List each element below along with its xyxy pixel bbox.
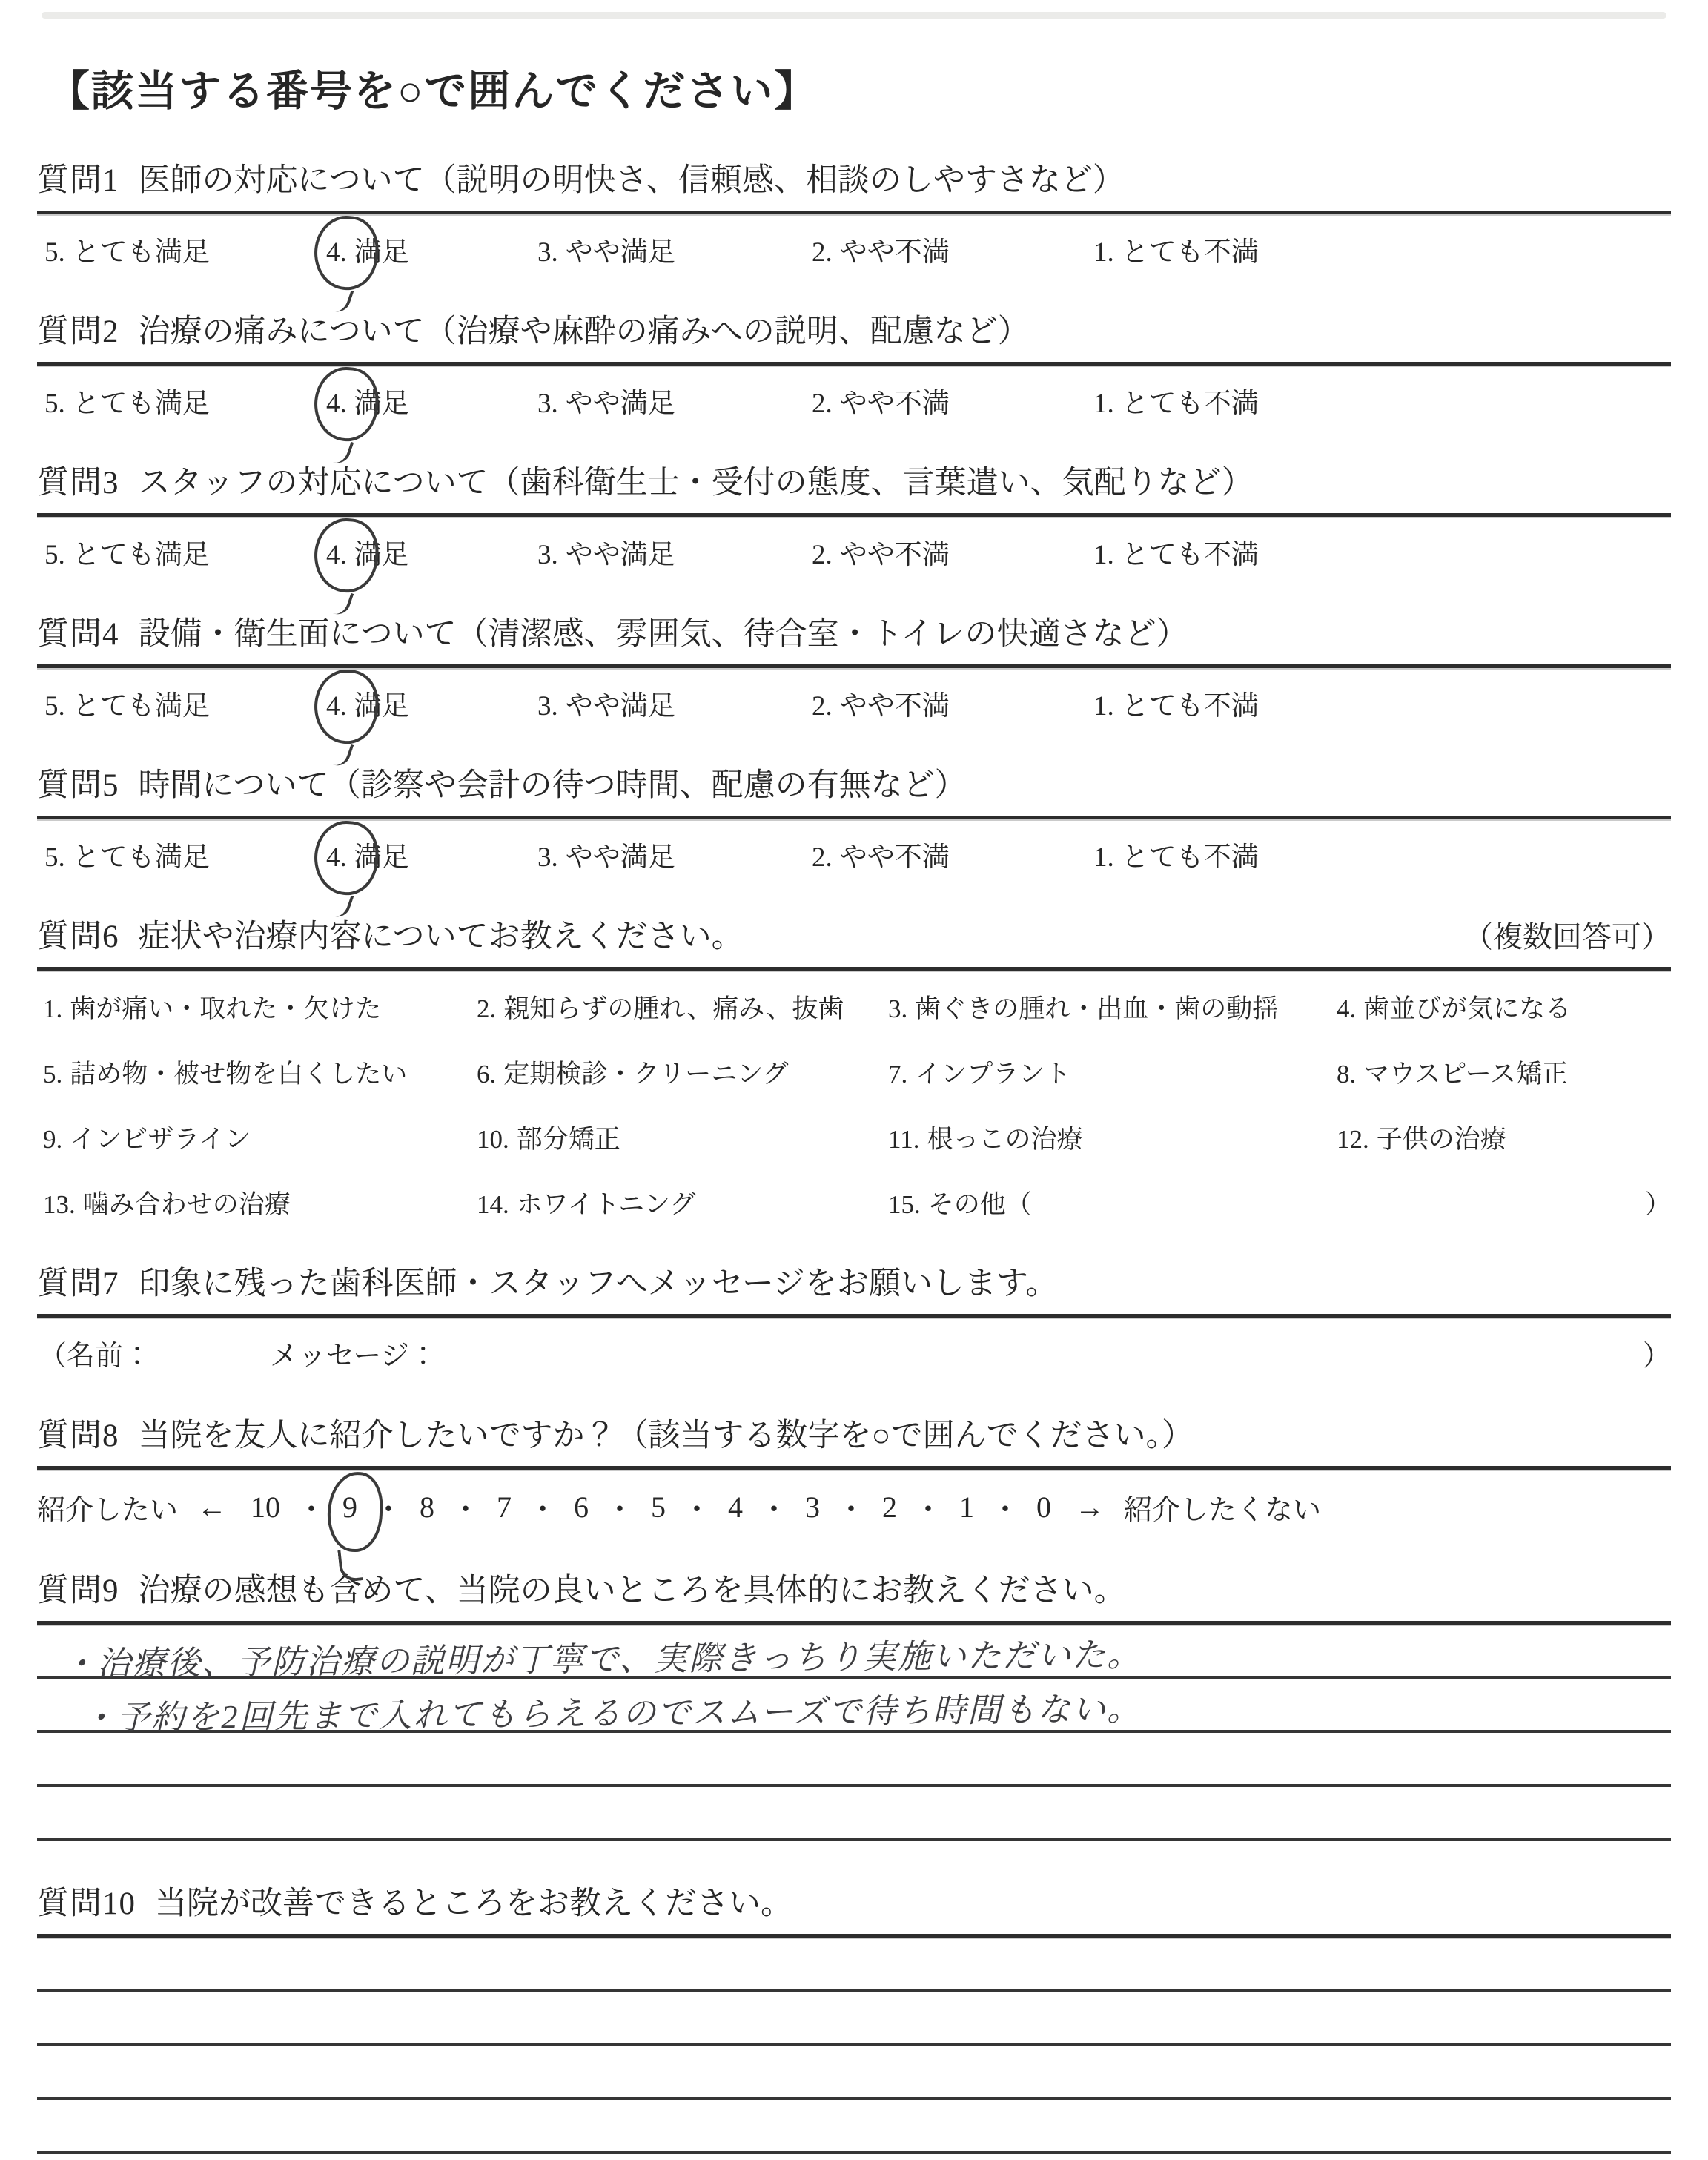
question-heading: 質問7 印象に残った歯科医師・スタッフへメッセージをお願いします。 bbox=[37, 1258, 1671, 1304]
q6-option-number: 5. bbox=[43, 1060, 62, 1089]
scale-number-7: 7 bbox=[497, 1490, 512, 1525]
rating-options-row: 5.とても満足 4.満足 3.やや満足 2.やや不満 1.とても不満 bbox=[37, 683, 1671, 723]
q6-option-label: 根っこの治療 bbox=[927, 1119, 1082, 1156]
q6-option-number: 9. bbox=[43, 1125, 62, 1155]
answer-line: ・予約を2回先まで入れてもらえるのでスムーズで待ち時間もない。 bbox=[37, 1679, 1671, 1733]
rating-number: 5. bbox=[44, 237, 65, 268]
question-section: 質問1 医師の対応について（説明の明快さ、信頼感、相談のしやすさなど） 5.とて… bbox=[37, 155, 1671, 269]
scale-separator: ・ bbox=[374, 1486, 403, 1528]
rating-number: 3. bbox=[537, 842, 558, 873]
left-arrow-icon: ← bbox=[197, 1490, 227, 1525]
question-title: 当院が改善できるところをお教えください。 bbox=[155, 1878, 792, 1923]
q6-option: 11. 根っこの治療 bbox=[888, 1119, 1337, 1156]
rating-label: とても不満 bbox=[1122, 532, 1259, 572]
q6-option-label: ホワイトニング bbox=[517, 1184, 696, 1221]
q6-option: 13. 噛み合わせの治療 bbox=[43, 1184, 477, 1221]
q6-option-label: 噛み合わせの治療 bbox=[83, 1184, 291, 1221]
rating-option-2: 2.やや不満 bbox=[812, 380, 1093, 420]
q6-option-number: 13. bbox=[43, 1190, 76, 1220]
rating-option-4-selected: 4.満足 bbox=[326, 229, 537, 269]
question-heading: 質問4 設備・衛生面について（清潔感、雰囲気、待合室・トイレの快適さなど） bbox=[37, 609, 1671, 654]
divider bbox=[37, 816, 1671, 819]
rating-option-4-selected: 4.満足 bbox=[326, 380, 537, 420]
message-field-label: メッセージ： bbox=[270, 1332, 437, 1373]
q6-option-label: その他（ bbox=[928, 1184, 1032, 1221]
rating-number: 5. bbox=[44, 388, 65, 420]
scale-number-3: 3 bbox=[805, 1490, 820, 1525]
q6-option-suffix: ） bbox=[1645, 1184, 1671, 1221]
rating-option-5: 5.とても満足 bbox=[44, 380, 326, 420]
scale-separator: ・ bbox=[451, 1486, 480, 1528]
rating-number: 4. bbox=[326, 842, 347, 873]
rating-option-3: 3.やや満足 bbox=[537, 532, 812, 572]
question-title: 設備・衛生面について（清潔感、雰囲気、待合室・トイレの快適さなど） bbox=[139, 609, 1188, 654]
rating-option-2: 2.やや不満 bbox=[812, 229, 1093, 269]
rating-number: 1. bbox=[1093, 539, 1114, 571]
name-field-label: （名前： bbox=[39, 1332, 151, 1373]
question10-section: 質問10 当院が改善できるところをお教えください。 bbox=[37, 1878, 1671, 2154]
question-label: 質問4 bbox=[37, 609, 119, 654]
question-heading: 質問5 時間について（診察や会計の待つ時間、配慮の有無など） bbox=[37, 760, 1671, 805]
rating-number: 2. bbox=[812, 539, 833, 571]
rating-option-5: 5.とても満足 bbox=[44, 683, 326, 723]
q6-option-number: 2. bbox=[477, 994, 496, 1024]
divider bbox=[37, 211, 1671, 214]
question-heading: 質問6 症状や治療内容についてお教えください。 （複数回答可） bbox=[37, 911, 1671, 957]
scale-number-0: 0 bbox=[1036, 1490, 1051, 1525]
answer-line bbox=[37, 2046, 1671, 2100]
scale-separator: ・ bbox=[913, 1486, 943, 1528]
rating-option-2: 2.やや不満 bbox=[812, 532, 1093, 572]
rating-label: やや満足 bbox=[566, 532, 675, 572]
scale-number: 9 bbox=[342, 1490, 357, 1524]
rating-option-2: 2.やや不満 bbox=[812, 834, 1093, 874]
question-title: 治療の痛みについて（治療や麻酔の痛みへの説明、配慮など） bbox=[139, 306, 1030, 351]
q6-option-number: 4. bbox=[1337, 994, 1356, 1024]
rating-label: やや満足 bbox=[566, 380, 675, 420]
rating-label: 満足 bbox=[354, 380, 409, 420]
divider bbox=[37, 664, 1671, 668]
q6-option-number: 14. bbox=[477, 1190, 509, 1220]
scale-number-1: 1 bbox=[959, 1490, 974, 1525]
rating-option-5: 5.とても満足 bbox=[44, 229, 326, 269]
rating-label: 満足 bbox=[354, 834, 409, 874]
answer-line bbox=[37, 1733, 1671, 1787]
q6-option-number: 7. bbox=[888, 1060, 907, 1089]
rating-number: 4. bbox=[326, 388, 347, 420]
scale-number-4: 4 bbox=[728, 1490, 743, 1525]
q6-option: 12. 子供の治療 bbox=[1337, 1119, 1671, 1156]
rating-number: 5. bbox=[44, 690, 65, 722]
rating-label: 満足 bbox=[354, 532, 409, 572]
rating-number: 3. bbox=[537, 690, 558, 722]
rating-number: 1. bbox=[1093, 690, 1114, 722]
rating-option-5: 5.とても満足 bbox=[44, 532, 326, 572]
answer-line: ・治療後、予防治療の説明が丁寧で、実際きっちり実施いただいた。 bbox=[37, 1625, 1671, 1679]
rating-option-3: 3.やや満足 bbox=[537, 229, 812, 269]
handwritten-answer-2: ・予約を2回先まで入れてもらえるのでスムーズで待ち時間もない。 bbox=[82, 1682, 1142, 1739]
question-label: 質問9 bbox=[37, 1565, 119, 1611]
q6-option: 2. 親知らずの腫れ、痛み、抜歯 bbox=[477, 988, 888, 1025]
q6-option: 9. インビザライン bbox=[43, 1119, 477, 1156]
q6-option-label: 歯並びが気になる bbox=[1363, 988, 1571, 1025]
rating-label: とても不満 bbox=[1122, 229, 1259, 269]
question-title: 時間について（診察や会計の待つ時間、配慮の有無など） bbox=[139, 760, 967, 805]
handwritten-answer-1: ・治療後、予防治療の説明が丁寧で、実際きっちり実施いただいた。 bbox=[62, 1628, 1142, 1685]
question-label: 質問3 bbox=[37, 458, 119, 503]
scale-number-9-selected: 9 bbox=[342, 1490, 357, 1525]
rating-option-3: 3.やや満足 bbox=[537, 683, 812, 723]
q6-option-label: 親知らずの腫れ、痛み、抜歯 bbox=[503, 988, 844, 1025]
q6-option-number: 12. bbox=[1337, 1125, 1369, 1155]
rating-label: やや満足 bbox=[566, 834, 675, 874]
question-title: 当院を友人に紹介したいですか？（該当する数字を○で囲んでください。） bbox=[139, 1410, 1194, 1456]
q6-option: 15. その他（ ） bbox=[888, 1184, 1671, 1221]
rating-label: 満足 bbox=[354, 683, 409, 723]
rating-number: 3. bbox=[537, 539, 558, 571]
rating-options-row: 5.とても満足 4.満足 3.やや満足 2.やや不満 1.とても不満 bbox=[37, 834, 1671, 874]
q6-option: 3. 歯ぐきの腫れ・出血・歯の動揺 bbox=[888, 988, 1337, 1025]
rating-label: とても満足 bbox=[73, 834, 210, 874]
rating-number: 1. bbox=[1093, 237, 1114, 268]
rating-label: とても不満 bbox=[1122, 380, 1259, 420]
q6-option-label: 部分矯正 bbox=[517, 1119, 620, 1156]
closing-paren: ） bbox=[1643, 1332, 1671, 1373]
rating-number: 5. bbox=[44, 539, 65, 571]
q6-options-grid: 1. 歯が痛い・取れた・欠けた 2. 親知らずの腫れ、痛み、抜歯 3. 歯ぐきの… bbox=[37, 988, 1671, 1221]
rating-number: 3. bbox=[537, 237, 558, 268]
nps-scale-row: 紹介したい ← 10 ・ 9 ・ 8 ・ 7 ・ 6 ・ 5 ・ 4 ・ 3 ・… bbox=[37, 1486, 1671, 1528]
question-title: スタッフの対応について（歯科衛生士・受付の態度、言葉遣い、気配りなど） bbox=[139, 458, 1254, 503]
name-message-row: （名前： メッセージ： ） bbox=[37, 1332, 1671, 1373]
q6-option: 6. 定期検診・クリーニング bbox=[477, 1054, 888, 1091]
right-arrow-icon: → bbox=[1075, 1490, 1105, 1525]
rating-number: 4. bbox=[326, 539, 347, 571]
q6-option-number: 8. bbox=[1337, 1060, 1356, 1089]
rating-number: 4. bbox=[326, 690, 347, 722]
rating-label: やや不満 bbox=[840, 380, 950, 420]
scale-number-5: 5 bbox=[651, 1490, 666, 1525]
q6-option-label: 歯が痛い・取れた・欠けた bbox=[70, 988, 381, 1025]
rating-label: とても満足 bbox=[73, 683, 210, 723]
scale-separator: ・ bbox=[297, 1486, 326, 1528]
rating-option-4-selected: 4.満足 bbox=[326, 683, 537, 723]
rating-option-1: 1.とても不満 bbox=[1093, 229, 1671, 269]
survey-scan-page: 【該当する番号を○で囲んでください】 質問1 医師の対応について（説明の明快さ、… bbox=[0, 0, 1708, 2160]
question-label: 質問7 bbox=[37, 1258, 119, 1304]
answer-line bbox=[37, 1992, 1671, 2046]
question-title: 症状や治療内容についてお教えください。 bbox=[139, 911, 744, 957]
rating-number: 2. bbox=[812, 842, 833, 873]
q6-option-number: 11. bbox=[888, 1125, 919, 1155]
scale-number-8: 8 bbox=[420, 1490, 434, 1525]
question-title: 医師の対応について（説明の明快さ、信頼感、相談のしやすさなど） bbox=[139, 155, 1125, 200]
rating-label: やや不満 bbox=[840, 683, 950, 723]
divider bbox=[37, 513, 1671, 517]
rating-number: 3. bbox=[537, 388, 558, 420]
rating-label: とても満足 bbox=[73, 229, 210, 269]
scale-separator: ・ bbox=[605, 1486, 635, 1528]
q6-option-number: 1. bbox=[43, 994, 62, 1024]
rating-label: とても満足 bbox=[73, 380, 210, 420]
q6-option: 10. 部分矯正 bbox=[477, 1119, 888, 1156]
question6-section: 質問6 症状や治療内容についてお教えください。 （複数回答可） 1. 歯が痛い・… bbox=[37, 911, 1671, 1221]
rating-number: 2. bbox=[812, 690, 833, 722]
divider bbox=[37, 1466, 1671, 1470]
question-label: 質問2 bbox=[37, 306, 119, 351]
question-label: 質問6 bbox=[37, 911, 119, 957]
scale-separator: ・ bbox=[990, 1486, 1020, 1528]
divider bbox=[37, 967, 1671, 971]
scan-artifact-line bbox=[42, 12, 1666, 19]
question8-section: 質問8 当院を友人に紹介したいですか？（該当する数字を○で囲んでください。） 紹… bbox=[37, 1410, 1671, 1528]
rating-questions-block: 質問1 医師の対応について（説明の明快さ、信頼感、相談のしやすさなど） 5.とて… bbox=[37, 155, 1671, 874]
scale-left-label: 紹介したい bbox=[37, 1487, 178, 1527]
question-title: 治療の感想も含めて、当院の良いところを具体的にお教えください。 bbox=[139, 1565, 1126, 1611]
question-section: 質問2 治療の痛みについて（治療や麻酔の痛みへの説明、配慮など） 5.とても満足… bbox=[37, 306, 1671, 420]
rating-options-row: 5.とても満足 4.満足 3.やや満足 2.やや不満 1.とても不満 bbox=[37, 229, 1671, 269]
question-title: 印象に残った歯科医師・スタッフへメッセージをお願いします。 bbox=[139, 1258, 1058, 1304]
scale-separator: ・ bbox=[759, 1486, 789, 1528]
multi-answer-note: （複数回答可） bbox=[1463, 914, 1671, 956]
rating-option-4-selected: 4.満足 bbox=[326, 532, 537, 572]
rating-label: やや不満 bbox=[840, 229, 950, 269]
question-section: 質問3 スタッフの対応について（歯科衛生士・受付の態度、言葉遣い、気配りなど） … bbox=[37, 458, 1671, 572]
q6-option-label: 子供の治療 bbox=[1377, 1119, 1506, 1156]
rating-number: 4. bbox=[326, 237, 347, 268]
question-heading: 質問8 当院を友人に紹介したいですか？（該当する数字を○で囲んでください。） bbox=[37, 1410, 1671, 1456]
rating-label: とても満足 bbox=[73, 532, 210, 572]
answer-line bbox=[37, 1787, 1671, 1841]
q6-option: 14. ホワイトニング bbox=[477, 1184, 888, 1221]
q6-option-number: 15. bbox=[888, 1190, 921, 1220]
q6-option: 8. マウスピース矯正 bbox=[1337, 1054, 1671, 1091]
rating-label: 満足 bbox=[354, 229, 409, 269]
rating-label: やや不満 bbox=[840, 532, 950, 572]
rating-number: 5. bbox=[44, 842, 65, 873]
divider bbox=[37, 1314, 1671, 1318]
rating-option-1: 1.とても不満 bbox=[1093, 380, 1671, 420]
q6-option: 4. 歯並びが気になる bbox=[1337, 988, 1671, 1025]
rating-label: やや不満 bbox=[840, 834, 950, 874]
q6-option-label: 定期検診・クリーニング bbox=[503, 1054, 788, 1091]
answer-line bbox=[37, 2100, 1671, 2154]
question7-section: 質問7 印象に残った歯科医師・スタッフへメッセージをお願いします。 （名前： メ… bbox=[37, 1258, 1671, 1373]
rating-options-row: 5.とても満足 4.満足 3.やや満足 2.やや不満 1.とても不満 bbox=[37, 380, 1671, 420]
question-section: 質問5 時間について（診察や会計の待つ時間、配慮の有無など） 5.とても満足 4… bbox=[37, 760, 1671, 874]
rating-label: やや満足 bbox=[566, 683, 675, 723]
question-section: 質問4 設備・衛生面について（清潔感、雰囲気、待合室・トイレの快適さなど） 5.… bbox=[37, 609, 1671, 723]
rating-option-1: 1.とても不満 bbox=[1093, 683, 1671, 723]
rating-number: 1. bbox=[1093, 842, 1114, 873]
q6-option-label: インビザライン bbox=[70, 1119, 251, 1156]
question-heading: 質問10 当院が改善できるところをお教えください。 bbox=[37, 1878, 1671, 1923]
question-label: 質問1 bbox=[37, 155, 119, 200]
rating-number: 1. bbox=[1093, 388, 1114, 420]
page-title: 【該当する番号を○で囲んでください】 bbox=[47, 57, 1671, 118]
rating-option-1: 1.とても不満 bbox=[1093, 834, 1671, 874]
question-label: 質問5 bbox=[37, 760, 119, 805]
scale-separator: ・ bbox=[682, 1486, 712, 1528]
q6-option-number: 3. bbox=[888, 994, 907, 1024]
scale-number-2: 2 bbox=[882, 1490, 897, 1525]
rating-option-3: 3.やや満足 bbox=[537, 834, 812, 874]
scale-number-10: 10 bbox=[251, 1490, 280, 1525]
q6-option-number: 10. bbox=[477, 1125, 509, 1155]
rating-label: やや満足 bbox=[566, 229, 675, 269]
divider bbox=[37, 362, 1671, 366]
question-label: 質問10 bbox=[37, 1878, 136, 1923]
rating-option-3: 3.やや満足 bbox=[537, 380, 812, 420]
question9-section: 質問9 治療の感想も含めて、当院の良いところを具体的にお教えください。 ・治療後… bbox=[37, 1565, 1671, 1841]
question-heading: 質問3 スタッフの対応について（歯科衛生士・受付の態度、言葉遣い、気配りなど） bbox=[37, 458, 1671, 503]
scale-separator: ・ bbox=[528, 1486, 557, 1528]
q6-option-label: マウスピース矯正 bbox=[1363, 1054, 1568, 1091]
rating-options-row: 5.とても満足 4.満足 3.やや満足 2.やや不満 1.とても不満 bbox=[37, 532, 1671, 572]
question-heading: 質問9 治療の感想も含めて、当院の良いところを具体的にお教えください。 bbox=[37, 1565, 1671, 1611]
q6-option: 1. 歯が痛い・取れた・欠けた bbox=[43, 988, 477, 1025]
rating-option-4-selected: 4.満足 bbox=[326, 834, 537, 874]
q6-option-number: 6. bbox=[477, 1060, 496, 1089]
rating-option-1: 1.とても不満 bbox=[1093, 532, 1671, 572]
question-heading: 質問1 医師の対応について（説明の明快さ、信頼感、相談のしやすさなど） bbox=[37, 155, 1671, 200]
q6-option: 7. インプラント bbox=[888, 1054, 1337, 1091]
answer-line bbox=[37, 1938, 1671, 1992]
q6-option: 5. 詰め物・被せ物を白くしたい bbox=[43, 1054, 477, 1091]
q6-option-label: インプラント bbox=[915, 1054, 1070, 1091]
rating-option-2: 2.やや不満 bbox=[812, 683, 1093, 723]
q6-option-label: 詰め物・被せ物を白くしたい bbox=[70, 1054, 407, 1091]
question-heading: 質問2 治療の痛みについて（治療や麻酔の痛みへの説明、配慮など） bbox=[37, 306, 1671, 351]
rating-number: 2. bbox=[812, 237, 833, 268]
scale-right-label: 紹介したくない bbox=[1124, 1487, 1321, 1527]
rating-label: とても不満 bbox=[1122, 683, 1259, 723]
scale-number-6: 6 bbox=[574, 1490, 589, 1525]
rating-option-5: 5.とても満足 bbox=[44, 834, 326, 874]
scale-separator: ・ bbox=[836, 1486, 866, 1528]
q6-option-label: 歯ぐきの腫れ・出血・歯の動揺 bbox=[915, 988, 1278, 1025]
question-label: 質問8 bbox=[37, 1410, 119, 1456]
rating-label: とても不満 bbox=[1122, 834, 1259, 874]
rating-number: 2. bbox=[812, 388, 833, 420]
